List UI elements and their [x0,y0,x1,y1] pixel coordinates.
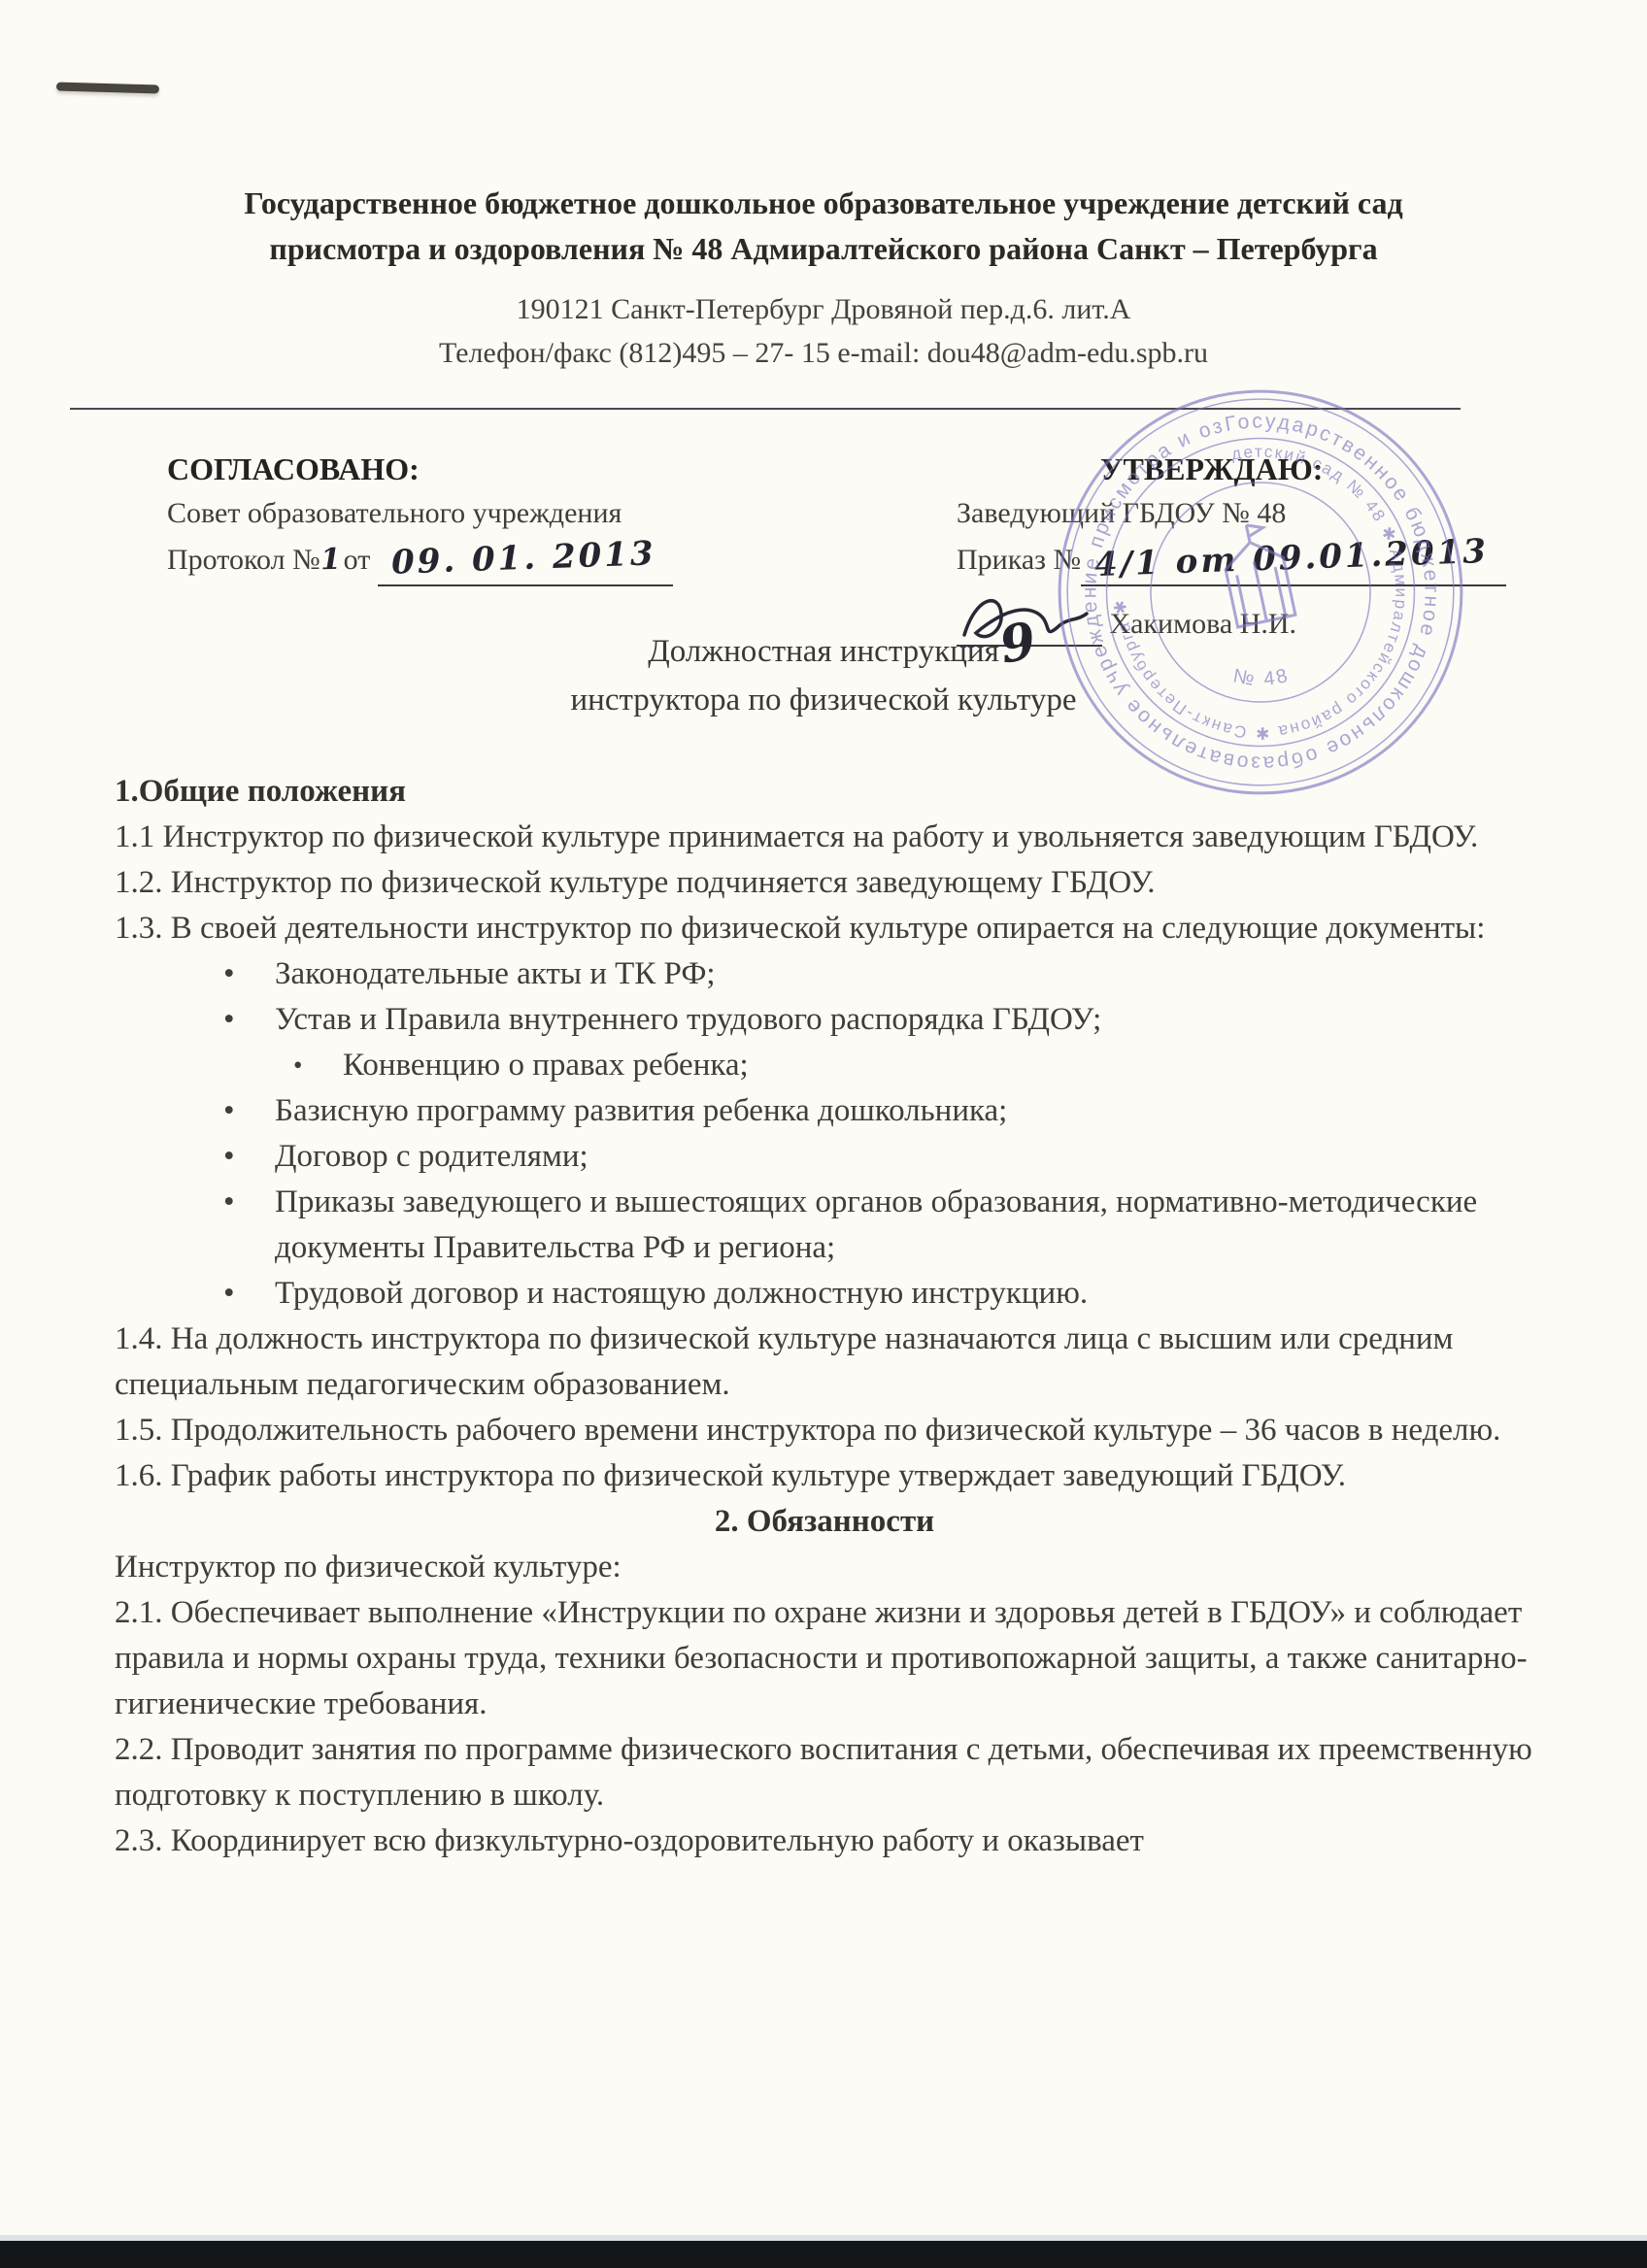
agreed-line1: Совет образовательного учреждения [167,491,944,536]
section2-intro: Инструктор по физической культуре: [115,1545,1534,1590]
protocol-label: Протокол № [167,544,320,576]
approved-block: УТВЕРЖДАЮ: Заведующий ГБДОУ № 48 Приказ … [957,447,1559,647]
protocol-ot-label: от [344,544,371,576]
paragraph-1-3: 1.3. В своей деятельности инструктор по … [115,906,1534,951]
address-line1: 190121 Санкт-Петербург Дровяной пер.д.6.… [102,287,1545,331]
order-label: Приказ № [957,544,1081,576]
paragraph-2-1: 2.1. Обеспечивает выполнение «Инструкции… [115,1590,1534,1727]
address-line2: Телефон/факс (812)495 – 27- 15 e-mail: d… [102,331,1545,375]
scan-edge-bar [0,2241,1647,2268]
organization-address: 190121 Санкт-Петербург Дровяной пер.д.6.… [102,287,1545,375]
agreed-title: СОГЛАСОВАНО: [167,447,944,491]
list-item: Законодательные акты и ТК РФ; [115,951,1534,997]
paragraph-2-3: 2.3. Координирует всю физкультурно-оздор… [115,1818,1534,1864]
list-item: Трудовой договор и настоящую должностную… [115,1271,1534,1317]
paragraph-1-5: 1.5. Продолжительность рабочего времени … [115,1408,1534,1453]
document-body: 1.Общие положения 1.1 Инструктор по физи… [115,769,1534,1864]
list-item: Приказы заведующего и вышестоящих органо… [115,1180,1534,1271]
paragraph-1-6: 1.6. График работы инструктора по физиче… [115,1453,1534,1499]
approved-line2: Приказ №4/1 от 09.01.2013 [957,536,1559,586]
order-number-handwriting: 4/1 от 09.01.2013 [1093,529,1489,587]
list-item: Устав и Правила внутреннего трудового ра… [115,997,1534,1043]
paragraph-1-4: 1.4. На должность инструктора по физичес… [115,1317,1534,1408]
agreed-block: СОГЛАСОВАНО: Совет образовательного учре… [167,447,944,586]
document-title-line2: инструктора по физической культуре [0,676,1647,724]
list-item: Базисную программу развития ребенка дошк… [115,1088,1534,1134]
paragraph-1-1: 1.1 Инструктор по физической культуре пр… [115,815,1534,860]
organization-name: Государственное бюджетное дошкольное обр… [102,181,1545,272]
header-divider [70,408,1461,410]
documents-list: Законодательные акты и ТК РФ; Устав и Пр… [115,951,1534,1317]
paragraph-1-2: 1.2. Инструктор по физической культуре п… [115,860,1534,906]
protocol-number-handwriting: 1 [319,538,344,584]
paragraph-2-2: 2.2. Проводит занятия по программе физич… [115,1727,1534,1818]
list-item: Конвенцию о правах ребенка; [115,1043,1534,1088]
protocol-date-handwriting: 09. 01. 2013 [390,531,656,584]
org-name-line1: Государственное бюджетное дошкольное обр… [102,181,1545,226]
document-title: Должностная инструкция инструктора по фи… [0,627,1647,724]
approved-title: УТВЕРЖДАЮ: [1100,447,1559,491]
section2-heading: 2. Обязанности [115,1499,1534,1545]
agreed-line2: Протокол №1от 09. 01. 2013 [167,536,944,586]
scan-artifact-dash [56,83,159,94]
document-title-line1: Должностная инструкция [0,627,1647,676]
list-item: Договор с родителями; [115,1134,1534,1180]
section1-heading: 1.Общие положения [115,769,1534,815]
scanned-document-page: Государственное бюджетное дошкольное обр… [0,0,1647,2268]
org-name-line2: присмотра и оздоровления № 48 Адмиралтей… [102,226,1545,272]
